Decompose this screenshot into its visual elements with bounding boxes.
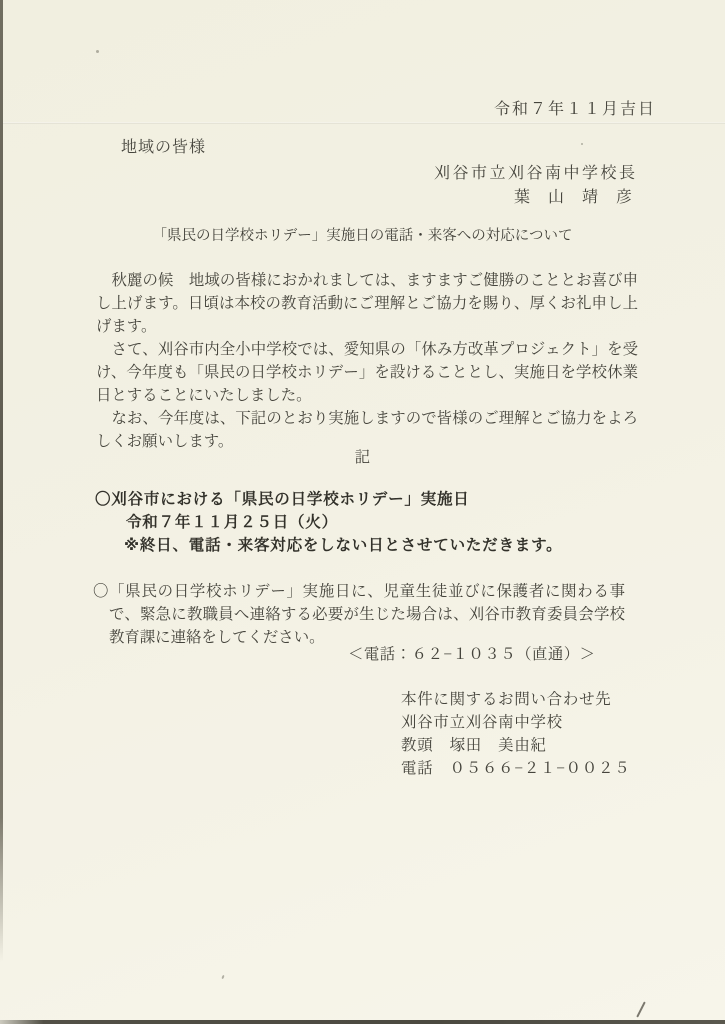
scan-edge-shadow-bottom <box>0 1020 725 1024</box>
sender-title: 刈谷市立刈谷南中学校長 <box>434 162 638 185</box>
recipient: 地域の皆様 <box>121 136 206 159</box>
holiday-section-heading: 〇刈谷市における「県民の日学校ホリデー」実施日 <box>95 488 470 511</box>
contact-block: 本件に関するお問い合わせ先 刈谷市立刈谷南中学校 教頭 塚田 美由紀 電話 ０５… <box>401 688 630 780</box>
contact-person: 教頭 塚田 美由紀 <box>401 734 630 757</box>
holiday-note: ※終日、電話・来客対応をしない日とさせていただきます。 <box>124 534 562 557</box>
holiday-date: 令和７年１１月２５日（火） <box>126 511 338 534</box>
scan-speck <box>221 975 224 979</box>
contact-header: 本件に関するお問い合わせ先 <box>401 688 630 711</box>
announcement-paragraph: さて、刈谷市内全小中学校では、愛知県の「休み方改革プロジェクト」を受け、今年度も… <box>96 338 638 407</box>
greeting-paragraph: 秋麗の候 地域の皆様におかれましては、ますますご健勝のこととお喜び申し上げます。… <box>96 269 638 338</box>
sender-name: 葉 山 靖 彦 <box>514 186 633 209</box>
scan-speck <box>581 143 583 145</box>
ki-marker: 記 <box>0 446 725 469</box>
scanned-letter-page: 令和７年１１月吉日 地域の皆様 刈谷市立刈谷南中学校長 葉 山 靖 彦 「県民の… <box>0 0 725 1024</box>
emergency-phone-notice: ＜電話：６２−１０３５（直通）＞ <box>348 643 596 666</box>
document-title: 「県民の日学校ホリデー」実施日の電話・来客への対応について <box>0 224 725 245</box>
pen-mark <box>636 1001 645 1017</box>
emergency-paragraph: 〇「県民の日学校ホリデー」実施日に、児童生徒並びに保護者に関わる事で、緊急に教職… <box>93 580 625 649</box>
scan-edge-shadow-left <box>0 0 3 962</box>
scan-speck <box>96 50 99 53</box>
contact-school: 刈谷市立刈谷南中学校 <box>401 711 630 734</box>
contact-phone: 電話 ０５６６−２１−００２５ <box>401 757 630 780</box>
body-text: 秋麗の候 地域の皆様におかれましては、ますますご健勝のこととお喜び申し上げます。… <box>96 269 638 453</box>
scan-crease-line <box>0 122 725 124</box>
date-line: 令和７年１１月吉日 <box>494 98 656 121</box>
